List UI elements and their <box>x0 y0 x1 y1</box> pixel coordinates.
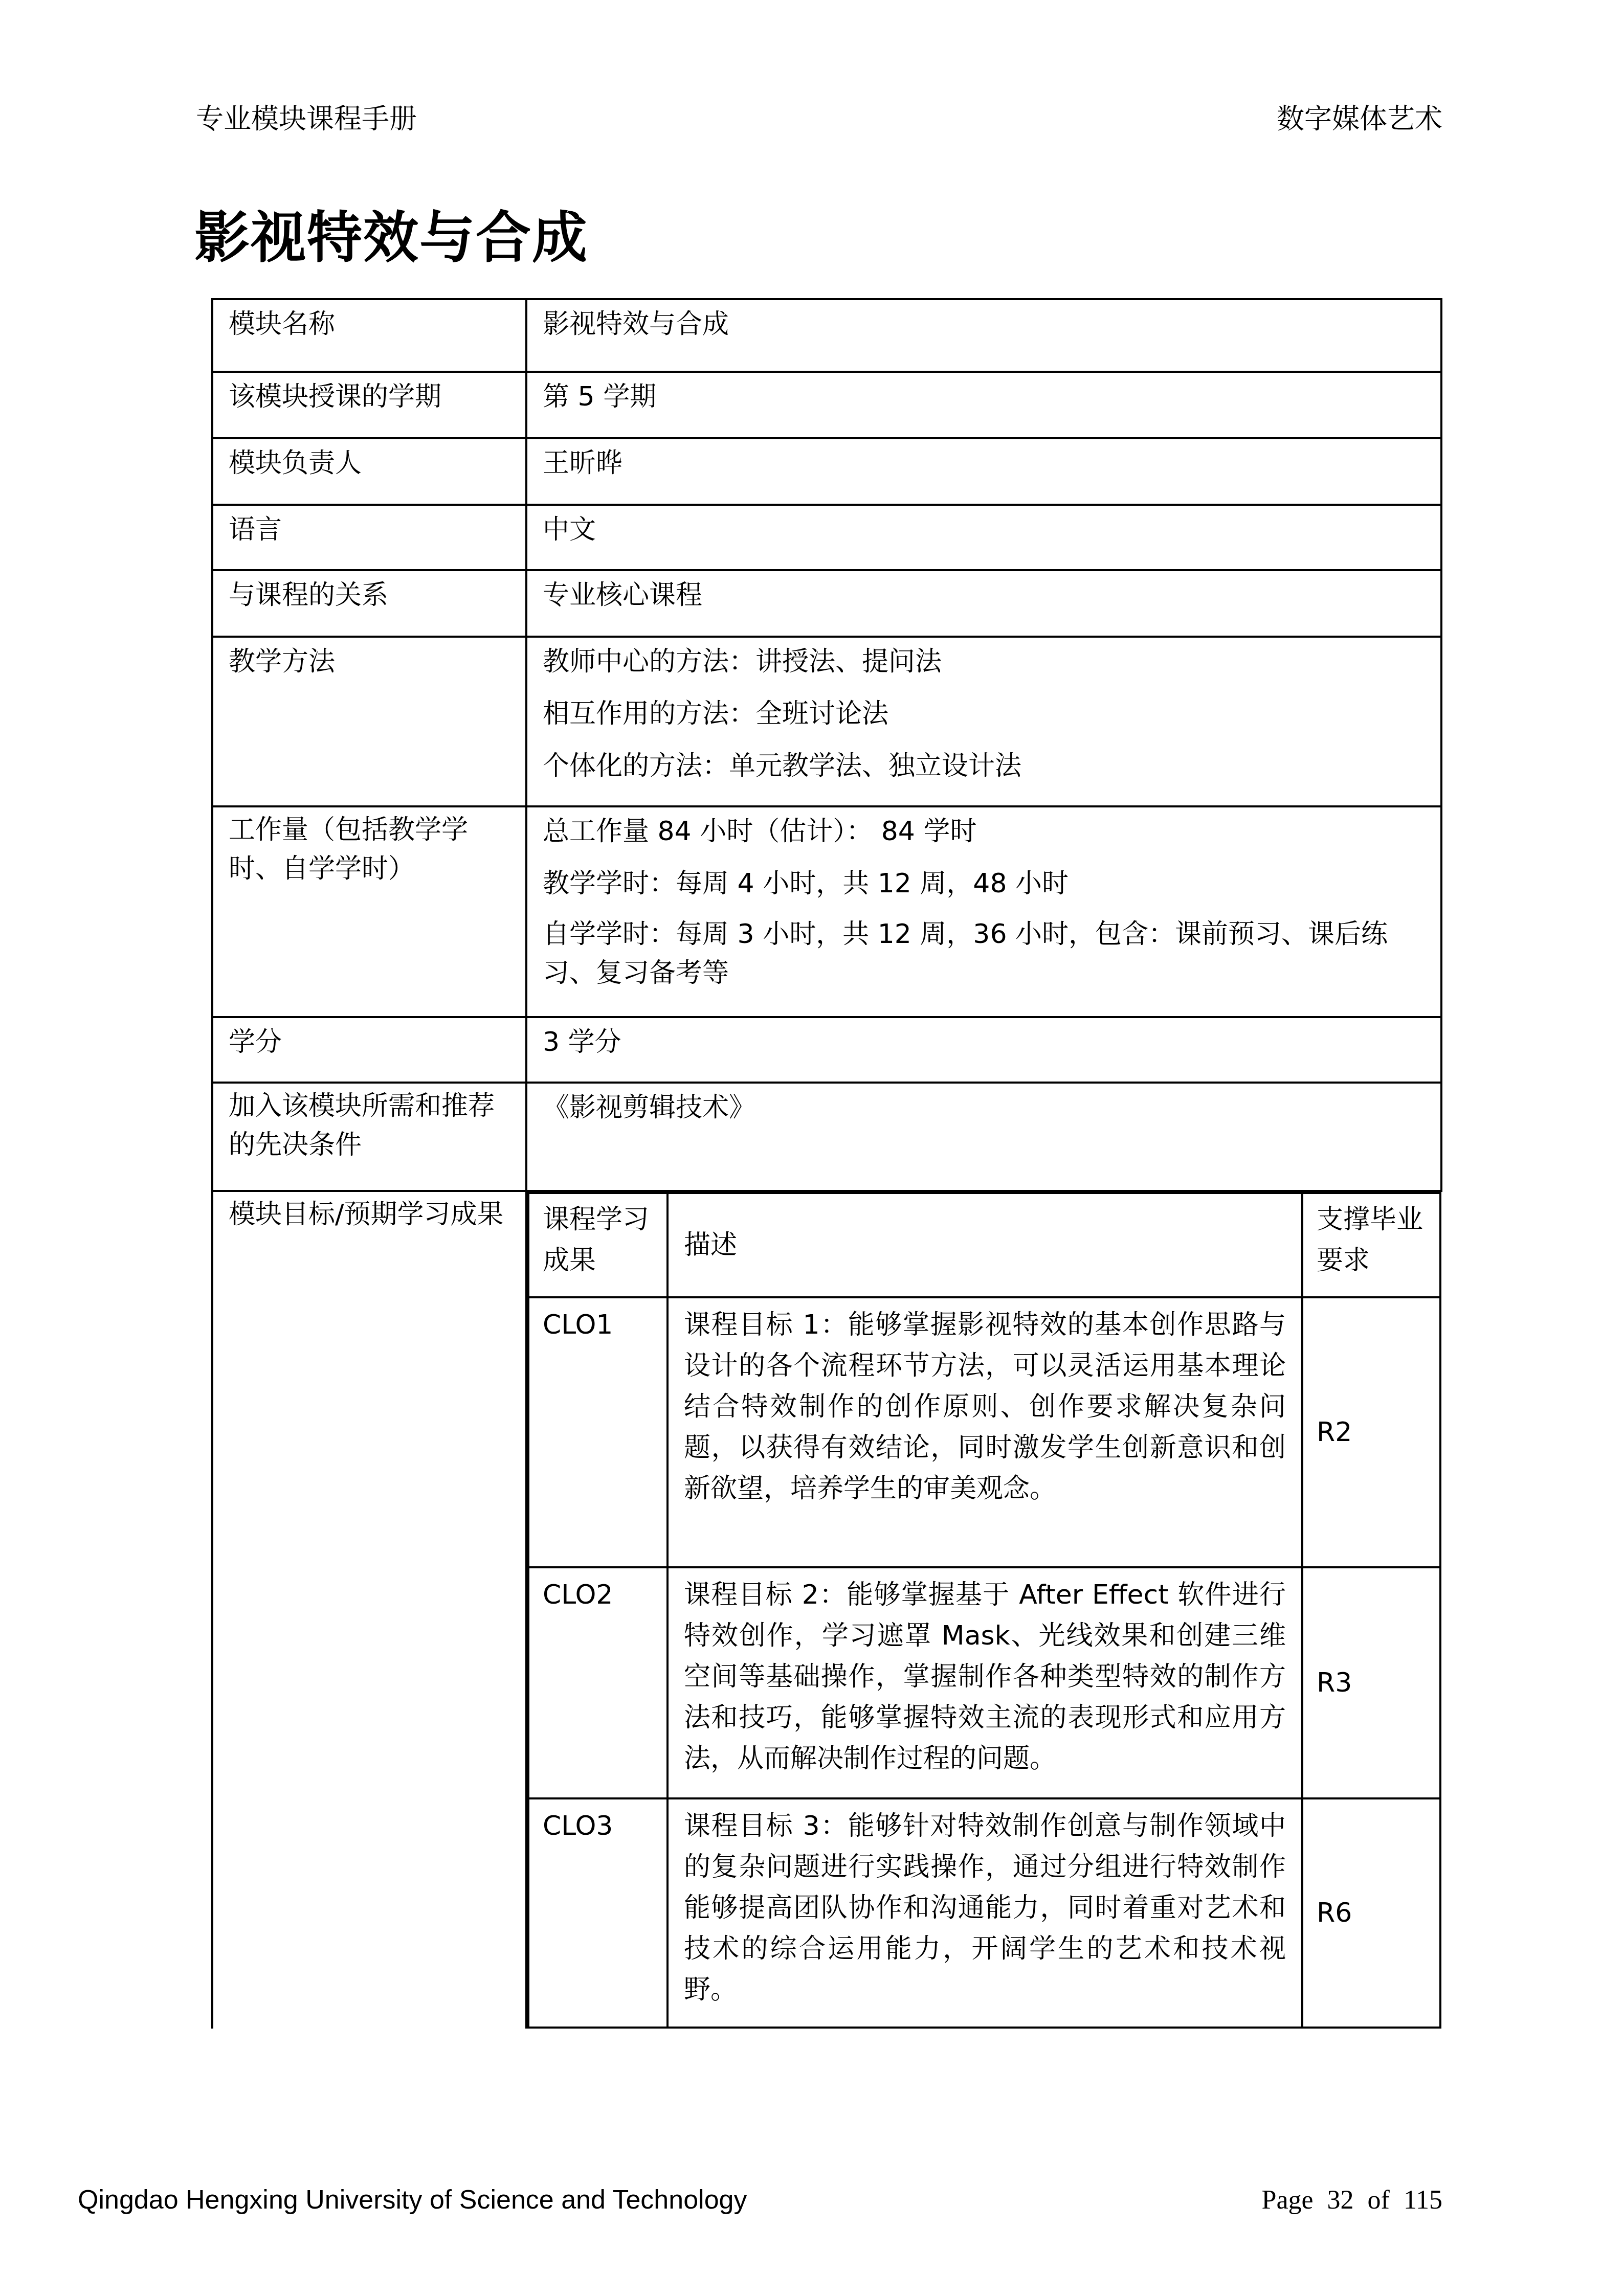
row-label: 工作量（包括教学学时、自学学时） <box>212 806 526 1017</box>
row-value: 第 5 学期 <box>526 372 1441 438</box>
row-value: 中文 <box>526 505 1441 570</box>
module-info-table: 模块名称 影视特效与合成 该模块授课的学期 第 5 学期 模块负责人 王昕晔 语… <box>211 298 1442 2029</box>
clo-id: CLO2 <box>528 1567 668 1798</box>
row-label: 模块负责人 <box>212 438 526 505</box>
clo-requirement: R2 <box>1302 1297 1440 1567</box>
clo-header-row: 课程学习成果 描述 支撑毕业要求 <box>528 1193 1440 1297</box>
table-row-module-name: 模块名称 影视特效与合成 <box>212 299 1441 372</box>
row-value: 王昕晔 <box>526 438 1441 505</box>
table-row-workload: 工作量（包括教学学时、自学学时） 总工作量 84 小时（估计）： 84 学时 教… <box>212 806 1441 1017</box>
row-value: 专业核心课程 <box>526 570 1441 637</box>
workload-line: 总工作量 84 小时（估计）： 84 学时 <box>543 811 1425 852</box>
page-footer: Qingdao Hengxing University of Science a… <box>78 2179 1442 2220</box>
workload-line: 教学学时：每周 4 小时，共 12 周，48 小时 <box>543 863 1425 905</box>
clo-row: CLO2 课程目标 2：能够掌握基于 After Effect 软件进行特效创作… <box>528 1567 1440 1798</box>
row-label: 该模块授课的学期 <box>212 372 526 438</box>
page-header: 专业模块课程手册 数字媒体艺术 <box>196 96 1442 137</box>
row-label: 学分 <box>212 1017 526 1083</box>
page-title: 影视特效与合成 <box>194 193 588 273</box>
row-label: 教学方法 <box>212 637 526 806</box>
table-row-objectives: 模块目标/预期学习成果 课程学习成果 描述 支撑毕业要求 CLO1 课程目标 1… <box>212 1191 1441 2029</box>
objectives-cell: 课程学习成果 描述 支撑毕业要求 CLO1 课程目标 1：能够掌握影视特效的基本… <box>526 1191 1441 2029</box>
clo-row: CLO3 课程目标 3：能够针对特效制作创意与制作领域中的复杂问题进行实践操作，… <box>528 1798 1440 2028</box>
footer-university-name: Qingdao Hengxing University of Science a… <box>78 2185 747 2215</box>
clo-col-header: 课程学习成果 <box>528 1193 668 1297</box>
row-label: 模块目标/预期学习成果 <box>212 1191 526 2029</box>
description-col-header: 描述 <box>668 1193 1302 1297</box>
row-value: 总工作量 84 小时（估计）： 84 学时 教学学时：每周 4 小时，共 12 … <box>526 806 1441 1017</box>
page-total: 115 <box>1404 2186 1442 2215</box>
clo-id: CLO1 <box>528 1297 668 1567</box>
clo-id: CLO3 <box>528 1798 668 2028</box>
table-row-module-lead: 模块负责人 王昕晔 <box>212 438 1441 505</box>
header-handbook-title: 专业模块课程手册 <box>196 97 417 137</box>
page-current: 32 <box>1327 2186 1354 2215</box>
row-label: 加入该模块所需和推荐的先决条件 <box>212 1083 526 1191</box>
page-label: Page <box>1262 2186 1314 2215</box>
row-label: 语言 <box>212 505 526 570</box>
row-label: 与课程的关系 <box>212 570 526 637</box>
clo-row: CLO1 课程目标 1：能够掌握影视特效的基本创作思路与设计的各个流程环节方法，… <box>528 1297 1440 1567</box>
table-row-course-relation: 与课程的关系 专业核心课程 <box>212 570 1441 637</box>
table-row-prerequisites: 加入该模块所需和推荐的先决条件 《影视剪辑技术》 <box>212 1083 1441 1191</box>
table-row-language: 语言 中文 <box>212 505 1441 570</box>
learning-outcomes-table: 课程学习成果 描述 支撑毕业要求 CLO1 课程目标 1：能够掌握影视特效的基本… <box>527 1192 1441 2029</box>
page-of: of <box>1368 2186 1390 2215</box>
table-row-credits: 学分 3 学分 <box>212 1017 1441 1083</box>
row-value: 《影视剪辑技术》 <box>526 1083 1441 1191</box>
teaching-method-line: 教师中心的方法：讲授法、提问法 <box>543 641 1425 683</box>
header-major-name: 数字媒体艺术 <box>1277 97 1442 137</box>
clo-description: 课程目标 1：能够掌握影视特效的基本创作思路与设计的各个流程环节方法，可以灵活运… <box>668 1297 1302 1567</box>
requirement-col-header: 支撑毕业要求 <box>1302 1193 1440 1297</box>
clo-requirement: R3 <box>1302 1567 1440 1798</box>
row-value: 3 学分 <box>526 1017 1441 1083</box>
clo-description: 课程目标 2：能够掌握基于 After Effect 软件进行特效创作，学习遮罩… <box>668 1567 1302 1798</box>
row-label: 模块名称 <box>212 299 526 372</box>
row-value: 教师中心的方法：讲授法、提问法 相互作用的方法：全班讨论法 个体化的方法：单元教… <box>526 637 1441 806</box>
table-row-teaching-methods: 教学方法 教师中心的方法：讲授法、提问法 相互作用的方法：全班讨论法 个体化的方… <box>212 637 1441 806</box>
workload-line: 自学学时：每周 3 小时，共 12 周，36 小时，包含：课前预习、课后练习、复… <box>543 915 1425 993</box>
teaching-method-line: 相互作用的方法：全班讨论法 <box>543 693 1425 735</box>
table-row-semester: 该模块授课的学期 第 5 学期 <box>212 372 1441 438</box>
clo-requirement: R6 <box>1302 1798 1440 2028</box>
teaching-method-line: 个体化的方法：单元教学法、独立设计法 <box>543 745 1425 787</box>
page-number: Page 32 of 115 <box>1262 2185 1443 2215</box>
clo-description: 课程目标 3：能够针对特效制作创意与制作领域中的复杂问题进行实践操作，通过分组进… <box>668 1798 1302 2028</box>
row-value: 影视特效与合成 <box>526 299 1441 372</box>
